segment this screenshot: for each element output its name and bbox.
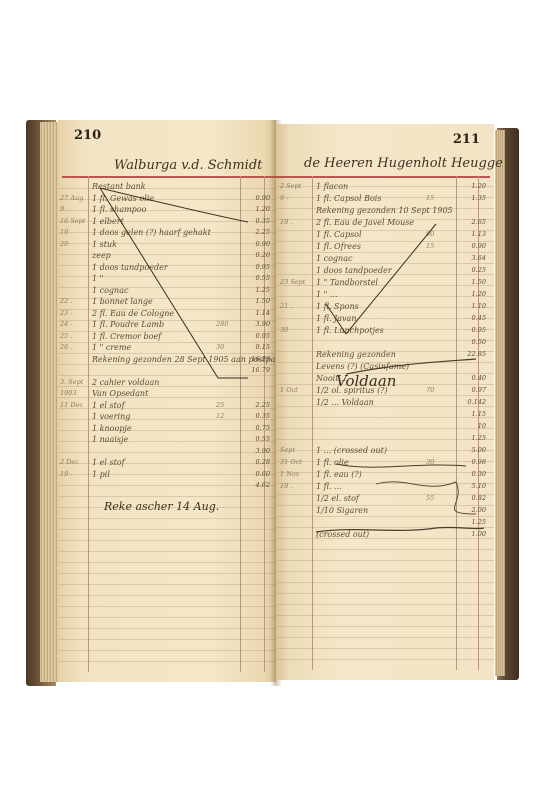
entry-amount: 0.97 xyxy=(452,386,486,394)
ruled-line xyxy=(276,637,494,638)
entry-date: 26 . xyxy=(60,343,72,351)
entry-description: 1/10 Sigaren xyxy=(316,506,368,515)
entry-date: 21 . xyxy=(280,302,292,310)
entry-amount: 16.59 xyxy=(236,355,270,363)
entry-amount: 0.15 xyxy=(236,343,270,351)
entry-description: zeep xyxy=(92,251,111,260)
entry-qty: 15 xyxy=(426,194,434,202)
entry-amount: 0.98 xyxy=(452,458,486,466)
entry-amount: 0.50 xyxy=(452,338,486,346)
ruled-line xyxy=(58,188,276,189)
entry-amount: 0.142 xyxy=(452,398,486,406)
entry-date: 23 - xyxy=(60,309,73,317)
entry-description: Rekening gezonden xyxy=(316,350,396,359)
entry-qty: 70 xyxy=(426,386,434,394)
entry-amount: 1.13 xyxy=(452,230,486,238)
entry-description: 2 fl. Eau de Cologne xyxy=(92,309,174,318)
left-account-title: Walburga v.d. Schmidt xyxy=(114,158,262,173)
entry-description: 1 " ... xyxy=(316,290,337,299)
entry-qty: 280 xyxy=(216,320,228,328)
page-edges-right xyxy=(495,130,505,676)
entry-description: 1 doos tandpoeder xyxy=(316,266,392,275)
entry-date: 1903 xyxy=(60,389,77,397)
entry-description: 1 ... (crossed out) xyxy=(316,446,387,455)
entry-amount: 1.50 xyxy=(452,278,486,286)
ruled-line xyxy=(58,562,276,563)
ruled-line xyxy=(276,571,494,572)
entry-amount: 1.20 xyxy=(452,290,486,298)
entry-description: 1 pil xyxy=(92,470,110,479)
entry-amount: 0.60 xyxy=(236,470,270,478)
entry-amount: 0.30 xyxy=(452,470,486,478)
entry-amount: 1.50 xyxy=(236,297,270,305)
entry-date: 3. Sept xyxy=(60,378,83,386)
entry-amount: 1.25 xyxy=(452,518,486,526)
entry-description: 1 " xyxy=(92,274,103,283)
ruled-line xyxy=(58,496,276,497)
ruled-line xyxy=(276,626,494,627)
entry-qty: 30 xyxy=(216,343,224,351)
entry-amount: 0.55 xyxy=(236,435,270,443)
entry-description: 1 fl. Poudre Lamb xyxy=(92,320,164,329)
ruled-line xyxy=(58,617,276,618)
ruled-line xyxy=(58,551,276,552)
entry-description: 1/2 ... Voldaan xyxy=(316,398,374,407)
entry-description: 1 fl. Javan xyxy=(316,314,356,323)
entry-amount: 0.95 xyxy=(236,263,270,271)
entry-date: 2 Dec xyxy=(60,458,79,466)
entry-amount: 0.90 xyxy=(236,240,270,248)
entry-qty: 25 xyxy=(216,401,224,409)
entry-description: 1 el stof xyxy=(92,458,125,467)
ruled-line xyxy=(276,263,494,264)
ruled-line xyxy=(276,406,494,407)
entry-description: 1 fl. Ofrees xyxy=(316,242,361,251)
left-annotation: Reke ascher 14 Aug. xyxy=(104,500,219,513)
header-rule xyxy=(276,176,490,178)
left-page: 210 Walburga v.d. Schmidt Restant bank27… xyxy=(58,120,276,682)
ruled-line xyxy=(276,538,494,539)
entry-amount: 1.20 xyxy=(452,182,486,190)
entry-date: 9 - xyxy=(280,194,288,202)
entry-amount: 0.45 xyxy=(452,314,486,322)
entry-description: 1 knoopje xyxy=(92,424,132,433)
entry-date: 19 . xyxy=(280,218,292,226)
ruled-line xyxy=(276,549,494,550)
entry-amount: 1.15 xyxy=(452,410,486,418)
ruled-line xyxy=(58,639,276,640)
ruled-line xyxy=(276,527,494,528)
entry-date: Sept xyxy=(280,446,295,454)
entry-date: 23 Sept xyxy=(280,278,305,286)
entry-amount: 0.95 xyxy=(236,332,270,340)
entry-description: 1 fl. shampoo xyxy=(92,205,146,214)
ruled-line xyxy=(58,650,276,651)
ruled-line xyxy=(276,560,494,561)
entry-description: 1/2 el. stof xyxy=(316,494,359,503)
entry-description: 1 fl. Capsol xyxy=(316,230,362,239)
entry-amount: 1.00 xyxy=(452,530,486,538)
entry-amount: 4.62 xyxy=(236,481,270,489)
entry-amount: 1.25 xyxy=(236,286,270,294)
entry-description: 1 naaisje xyxy=(92,435,128,444)
ledger-book: 210 Walburga v.d. Schmidt Restant bank27… xyxy=(26,116,519,688)
entry-description: 1 cognac xyxy=(92,286,128,295)
entry-date: 27 Aug xyxy=(60,194,83,202)
entry-description: 1 " Tandborstel xyxy=(316,278,378,287)
ruled-line xyxy=(276,252,494,253)
right-annotation: Voldaan xyxy=(336,372,396,390)
entry-qty: 55 xyxy=(426,494,434,502)
ruled-line xyxy=(58,540,276,541)
date-column-rule xyxy=(312,176,313,670)
ruled-line xyxy=(276,593,494,594)
entry-description: 1 fl. Spons xyxy=(316,302,359,311)
entry-amount: 3.64 xyxy=(452,254,486,262)
header-rule xyxy=(62,176,276,178)
entry-description: Rekening gezonden 10 Sept 1905 xyxy=(316,206,453,215)
entry-date: 24 - xyxy=(60,320,73,328)
entry-date: 20 xyxy=(60,240,68,248)
entry-date: 19 xyxy=(60,228,68,236)
entry-description: (crossed out) xyxy=(316,530,369,539)
entry-amount: 0.55 xyxy=(236,274,270,282)
entry-description: Van Opsedant xyxy=(92,389,148,398)
ruled-line xyxy=(58,364,276,365)
entry-description: 1 fl. eau (?) xyxy=(316,470,362,479)
entry-amount: 0.90 xyxy=(452,242,486,250)
entry-amount: 0.35 xyxy=(236,412,270,420)
date-column-rule xyxy=(88,176,89,672)
entry-amount: 2.00 xyxy=(452,506,486,514)
entry-description: 1 " creme xyxy=(92,343,131,352)
ruled-line xyxy=(58,375,276,376)
entry-qty: 12 xyxy=(216,412,224,420)
entry-amount: 0.95 xyxy=(452,326,486,334)
ruled-line xyxy=(276,516,494,517)
right-page: 211 de Heeren Hugenholt Heugge 2 Sept1 f… xyxy=(276,124,494,680)
entry-date: 2 Sept xyxy=(280,182,301,190)
entry-description: 1 fl. Cremor boef xyxy=(92,332,161,341)
entry-amount: 0.35 xyxy=(236,217,270,225)
entry-amount: 10 xyxy=(452,422,486,430)
ruled-line xyxy=(58,386,276,387)
entry-date: 25 . xyxy=(60,332,72,340)
entry-amount: 1.10 xyxy=(452,302,486,310)
ruled-line xyxy=(276,582,494,583)
ruled-line xyxy=(58,661,276,662)
entry-amount: 0.40 xyxy=(452,374,486,382)
entry-amount: 0.28 xyxy=(236,458,270,466)
ruled-line xyxy=(58,573,276,574)
entry-description: 1 fl. Capsol Bois xyxy=(316,194,381,203)
entry-amount: 0.25 xyxy=(452,266,486,274)
entry-description: 1 fl. Gewas olie xyxy=(92,194,154,203)
entry-description: 1 flacon xyxy=(316,182,348,191)
entry-amount: 1.25 xyxy=(452,434,486,442)
entry-amount: 5.00 xyxy=(452,446,486,454)
entry-date: 22 . xyxy=(60,297,72,305)
right-page-number: 211 xyxy=(453,132,480,147)
entry-amount: 0.90 xyxy=(236,194,270,202)
entry-description: 1 elbert xyxy=(92,217,124,226)
entry-date: 9 . xyxy=(60,205,68,213)
entry-description: 1 cognac xyxy=(316,254,352,263)
entry-amount: 1.35 xyxy=(452,194,486,202)
entry-date: 30 xyxy=(280,326,288,334)
entry-amount: 2.65 xyxy=(452,218,486,226)
entry-amount: 2.25 xyxy=(236,228,270,236)
entry-amount: 0.75 xyxy=(236,424,270,432)
entry-description: 1 el stof xyxy=(92,401,125,410)
ruled-line xyxy=(276,615,494,616)
entry-description: 1 fl. olie xyxy=(316,458,349,467)
entry-amount: 1.20 xyxy=(236,205,270,213)
entry-amount: 22.85 xyxy=(452,350,486,358)
entry-description: 2 cahier voldaan xyxy=(92,378,159,387)
entry-description: Levens (?) (Casinfame) xyxy=(316,362,409,371)
entry-amount: 16.79 xyxy=(236,366,270,374)
entry-description: 1 voering xyxy=(92,412,130,421)
entry-date: 16 Sept xyxy=(60,217,85,225)
entry-date: 11 Dec xyxy=(60,401,83,409)
entry-qty: 90 xyxy=(426,230,434,238)
ruled-line xyxy=(58,584,276,585)
entry-qty: 30 xyxy=(426,458,434,466)
ruled-line xyxy=(276,648,494,649)
entry-amount: 3.90 xyxy=(236,320,270,328)
entry-description: 1 stuk xyxy=(92,240,117,249)
entry-description: 1 bonnet lange xyxy=(92,297,153,306)
ruled-line xyxy=(276,604,494,605)
entry-amount: 3.90 xyxy=(236,447,270,455)
ruled-line xyxy=(276,659,494,660)
entry-description: 1 fl. ... xyxy=(316,482,342,491)
entry-amount: 5.10 xyxy=(452,482,486,490)
entry-amount: 2.25 xyxy=(236,401,270,409)
entry-qty: 15 xyxy=(426,242,434,250)
entry-amount: 0.82 xyxy=(452,494,486,502)
ruled-line xyxy=(58,529,276,530)
ruled-line xyxy=(58,628,276,629)
ruled-line xyxy=(58,397,276,398)
right-account-title: de Heeren Hugenholt Heugge xyxy=(304,156,503,171)
entry-date: 19 . xyxy=(280,482,292,490)
ruled-line xyxy=(276,395,494,396)
entry-description: 1 doos gelen (?) haarf gehakt xyxy=(92,228,211,237)
entry-amount: 1.14 xyxy=(236,309,270,317)
ruled-line xyxy=(58,595,276,596)
ruled-line xyxy=(58,606,276,607)
entry-amount: 0.20 xyxy=(236,251,270,259)
entry-date: 19 - xyxy=(60,470,73,478)
entry-description: 1 doos tandpoeder xyxy=(92,263,168,272)
entry-description: 2 fl. Eau de Javel Mouse xyxy=(316,218,414,227)
entry-date: 31 Oct xyxy=(280,458,302,466)
entry-description: 1 fl. Lunchpotjes xyxy=(316,326,384,335)
entry-description: Restant bank xyxy=(92,182,146,191)
entry-date: 1 Nov xyxy=(280,470,299,478)
ruled-line xyxy=(58,518,276,519)
left-page-number: 210 xyxy=(74,128,101,143)
entry-date: 1 Oct xyxy=(280,386,298,394)
